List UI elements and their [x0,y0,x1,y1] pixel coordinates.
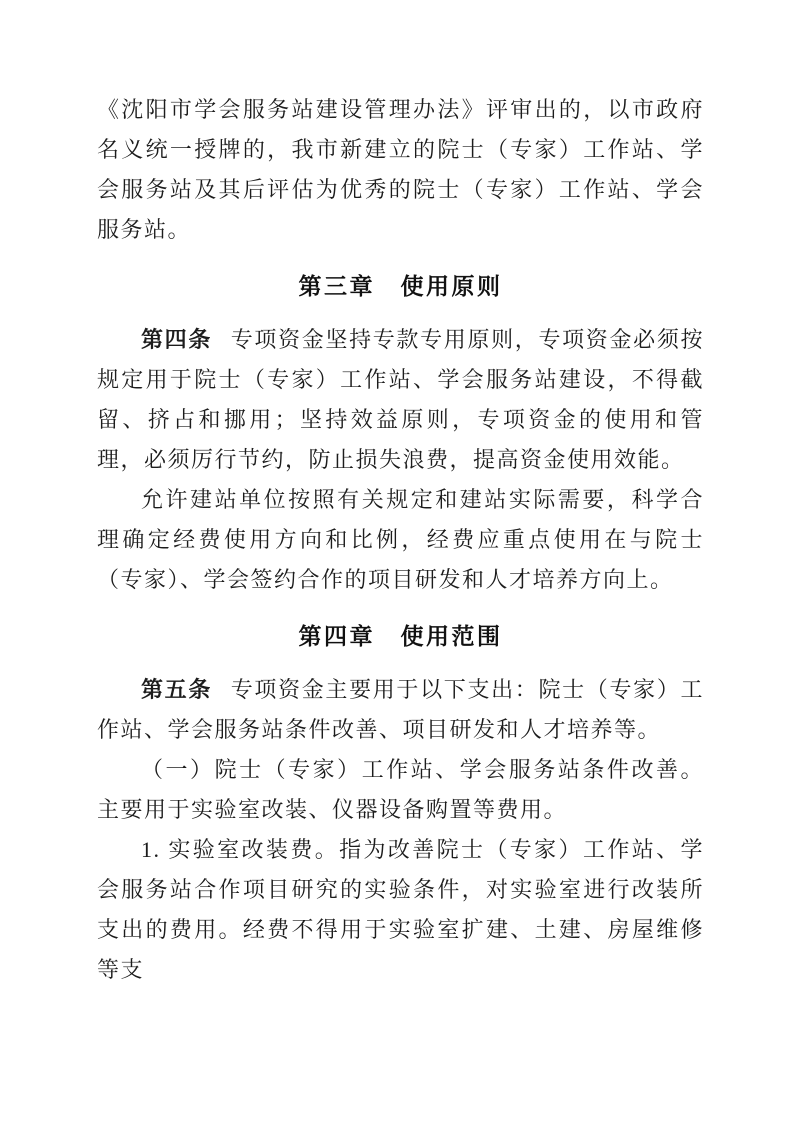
continuation-paragraph: 《沈阳市学会服务站建设管理办法》评审出的，以市政府名义统一授牌的，我市新建立的院… [97,90,704,250]
article-5-item-1-sub-1: 1. 实验室改装费。指为改善院士（专家）工作站、学会服务站合作项目研究的实验条件… [97,830,704,990]
article-4-paragraph: 第四条专项资金坚持专款专用原则，专项资金必须按规定用于院士（专家）工作站、学会服… [97,320,704,480]
article-4-number: 第四条 [141,327,212,352]
article-4-paragraph-2: 允许建站单位按照有关规定和建站实际需要，科学合理确定经费使用方向和比例，经费应重… [97,480,704,600]
article-5-item-1: （一）院士（专家）工作站、学会服务站条件改善。主要用于实验室改装、仪器设备购置等… [97,750,704,830]
chapter-4-heading: 第四章 使用范围 [97,616,704,656]
document-page: 《沈阳市学会服务站建设管理办法》评审出的，以市政府名义统一授牌的，我市新建立的院… [0,0,800,1132]
article-5-paragraph: 第五条专项资金主要用于以下支出：院士（专家）工作站、学会服务站条件改善、项目研发… [97,670,704,750]
article-5-number: 第五条 [141,677,212,702]
chapter-3-heading: 第三章 使用原则 [97,266,704,306]
document-content: 《沈阳市学会服务站建设管理办法》评审出的，以市政府名义统一授牌的，我市新建立的院… [97,90,704,990]
